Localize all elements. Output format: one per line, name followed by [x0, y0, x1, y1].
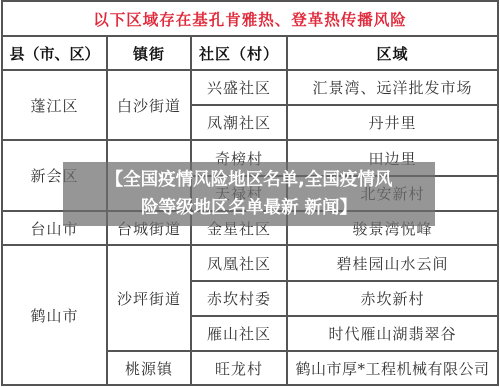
table-border-right — [497, 0, 499, 386]
county-cell: 鹤山市 — [3, 246, 106, 384]
town-cell: 桃源镇 — [108, 352, 190, 384]
area-cell: 鹤山市厚*工程机械有限公司 — [288, 352, 497, 384]
area-cell: 碧桂园山水云间 — [288, 246, 497, 280]
headline-text: 【全国疫情风险地区名单,全国疫情风 险等级地区名单最新 新闻】 — [63, 162, 435, 226]
community-cell: 雁山社区 — [192, 317, 286, 350]
community-cell: 凤潮社区 — [192, 106, 286, 139]
table-title: 以下区域存在基孔肯雅热、登革热传播风险 — [3, 2, 497, 35]
community-cell: 凤凰社区 — [192, 246, 286, 280]
header-county: 县（市、区） — [3, 37, 106, 69]
header-area: 区域 — [288, 37, 497, 69]
header-town: 镇街 — [108, 37, 190, 69]
area-cell: 汇景湾、远洋批发市场 — [288, 71, 497, 104]
area-cell: 丹井里 — [288, 106, 497, 139]
community-cell: 赤坎村委 — [192, 282, 286, 315]
table-border-bottom — [1, 384, 499, 386]
community-cell: 旺龙村 — [192, 352, 286, 384]
headline-line-1: 【全国疫情风险地区名单,全国疫情风 — [63, 166, 435, 194]
area-cell: 赤坎新村 — [288, 282, 497, 315]
community-cell: 兴盛社区 — [192, 71, 286, 104]
header-community: 社区（村） — [192, 37, 286, 69]
town-cell: 沙坪街道 — [108, 246, 190, 350]
area-cell: 时代雁山湖翡翠谷 — [288, 317, 497, 350]
headline-line-2: 险等级地区名单最新 新闻】 — [63, 194, 435, 222]
town-cell: 白沙街道 — [108, 71, 190, 139]
county-cell: 蓬江区 — [3, 71, 106, 139]
